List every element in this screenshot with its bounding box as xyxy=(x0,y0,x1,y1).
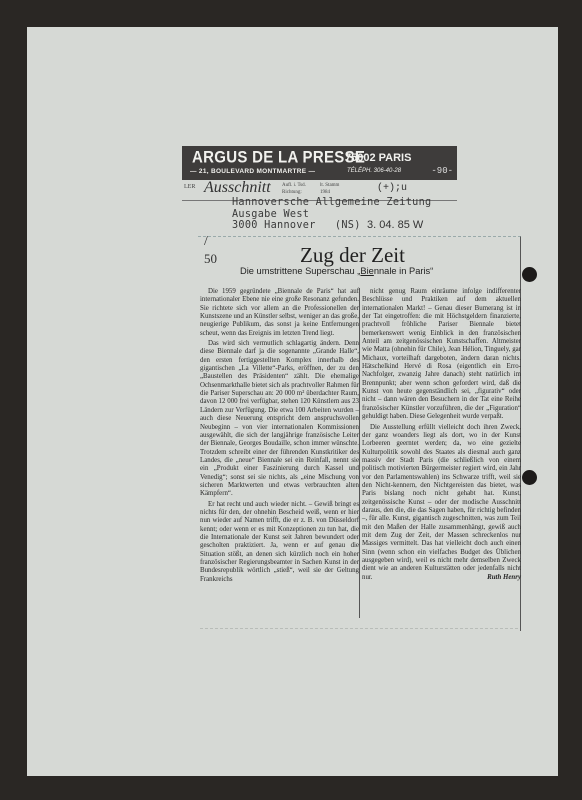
source-newspaper: Hannoversche Allgemeine Zeitung xyxy=(232,197,431,208)
agency-address: — 21, BOULEVARD MONTMARTRE — xyxy=(190,168,315,175)
ler-label: LER xyxy=(184,184,195,190)
source-city: 3000 Hannover (NS) xyxy=(232,220,361,231)
article-column-right: nicht genug Raum einräume infolge indiff… xyxy=(362,288,521,582)
punch-hole-top xyxy=(522,267,537,282)
meta-year: 1984 xyxy=(320,190,330,195)
subtitle-underlined: Bie xyxy=(360,266,373,276)
clipping-date: 3. 04. 85 W xyxy=(367,219,423,231)
paragraph: Die Ausstellung erfüllt vielleicht doch … xyxy=(362,424,521,583)
paragraph: Das wird sich vermutlich schlagartig änd… xyxy=(200,340,359,499)
article-author: Ruth Henry xyxy=(362,574,521,582)
pen-mark: / xyxy=(204,234,208,250)
clipping-cut-line xyxy=(200,628,518,629)
clipping-flags: (+);u xyxy=(377,183,407,194)
article-column-left: Die 1959 gegründete „Biennale de Paris“ … xyxy=(200,288,359,584)
paragraph: Die 1959 gegründete „Biennale de Paris“ … xyxy=(200,288,359,338)
article-subtitle: Die umstrittene Superschau „Biennale in … xyxy=(240,266,433,276)
agency-telephone: TÉLÉPH. 306-40-28 xyxy=(347,168,401,174)
meta-stamm: lt. Stamm xyxy=(320,183,339,188)
subtitle-post: nnale in Paris“ xyxy=(374,266,433,276)
agency-name: ARGUS DE LA PRESSE xyxy=(192,148,365,167)
article-title: Zug der Zeit xyxy=(300,243,405,268)
press-agency-stamp: ARGUS DE LA PRESSE 75002 PARIS — 21, BOU… xyxy=(182,146,457,180)
column-divider xyxy=(359,288,360,618)
paragraph: Er hat recht und auch wieder nicht. – Ge… xyxy=(200,501,359,584)
subtitle-pre: Die umstrittene Superschau „ xyxy=(240,266,360,276)
clipping-meta-left: Aufl. i. Tsd. Richtung: xyxy=(282,182,306,196)
ausschnitt-label: Ausschnitt xyxy=(204,179,271,197)
clipping-meta-right: lt. Stamm 1984 xyxy=(320,182,339,196)
date-value: 3. 04. 85 xyxy=(367,219,410,231)
meta-direction: Richtung: xyxy=(282,190,302,195)
meta-circulation: Aufl. i. Tsd. xyxy=(282,183,306,188)
date-mark: W xyxy=(413,219,423,231)
punch-hole-bottom xyxy=(522,470,537,485)
handwritten-number: 50 xyxy=(204,251,217,267)
source-edition: Ausgabe West xyxy=(232,209,309,220)
agency-code: -90- xyxy=(431,166,453,176)
agency-city: 75002 PARIS xyxy=(345,152,411,164)
paragraph: nicht genug Raum einräume infolge indiff… xyxy=(362,288,521,422)
